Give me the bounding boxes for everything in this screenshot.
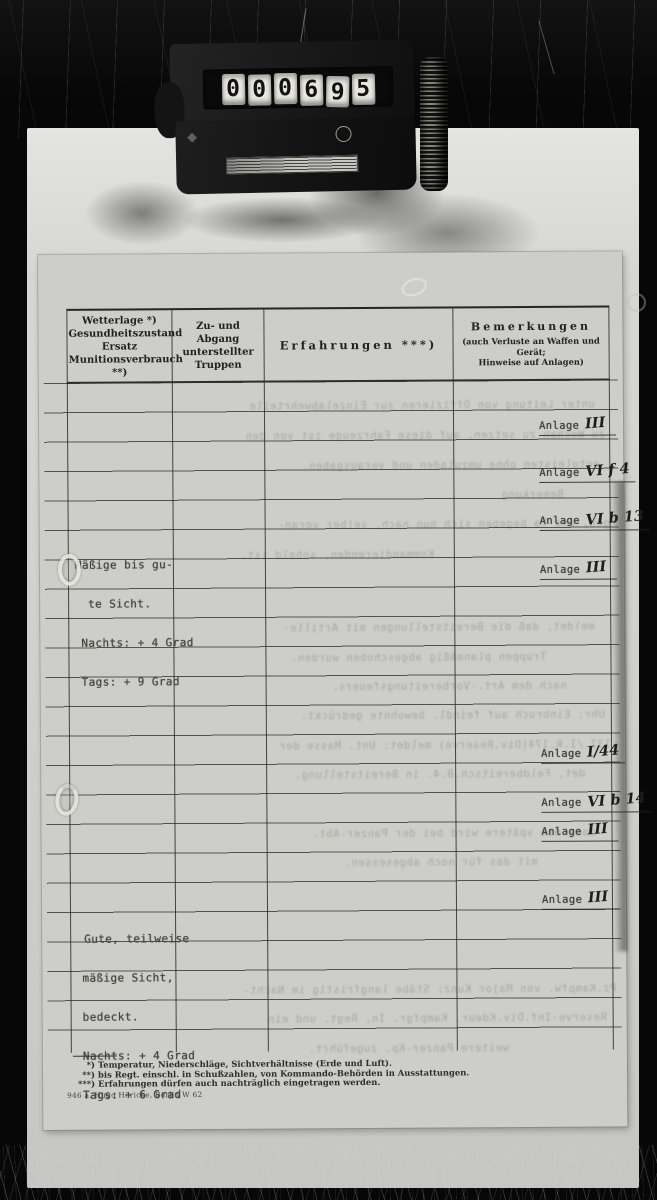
counter-lower-body (175, 116, 416, 194)
document-page: unter Leitung von Offizieren zur Einzela… (38, 251, 627, 1130)
counter-digit: 9 (325, 76, 349, 107)
anlage-reference: III (587, 820, 609, 838)
anlage-label: Anlage (541, 826, 581, 838)
typed-line: Mäßige bis gu- (75, 558, 193, 572)
anlage-entry: Anlage III (541, 821, 618, 841)
anlage-label: Anlage (541, 797, 581, 809)
anlage-entry: Anlage VI b 14 (541, 792, 651, 813)
anlage-label: Anlage (541, 748, 581, 760)
header-line: Bemerkungen (454, 320, 607, 334)
typed-line: Nachts: + 4 Grad (81, 636, 193, 650)
anlage-entry: Anlage III (539, 415, 616, 435)
screw-icon (187, 133, 197, 143)
column-header-truppen: Zu- und Abgang unterstellter Truppen (173, 312, 262, 381)
paper-smudge (399, 275, 429, 299)
counter-digit: 0 (221, 73, 245, 104)
anlage-entry: Anlage III (542, 889, 619, 909)
anlage-label: Anlage (539, 420, 579, 432)
anlage-entry: Anlage III (540, 559, 617, 579)
column-header-erfahrungen: Erfahrungen ***) (265, 310, 451, 379)
typed-line: Tags: + 9 Grad (82, 675, 194, 689)
counter-label-plate (226, 155, 358, 175)
counter-digit: 0 (273, 72, 297, 103)
column-header-wetterlage: Wetterlage *) Gesundheitszustand Ersatz … (68, 312, 170, 381)
microfilm-frame: unter Leitung von Offizieren zur Einzela… (0, 0, 657, 1200)
anlage-reference: III (588, 888, 610, 906)
anlage-label: Anlage (540, 564, 580, 576)
bleedthrough-line: weitere Panzer-Kp. zugeführt. (308, 1042, 509, 1055)
counter-digit: 5 (351, 73, 375, 104)
anlage-label: Anlage (542, 894, 582, 906)
punch-hole-backing (627, 293, 646, 312)
anlage-reference: III (586, 558, 608, 576)
anlage-reference: III (585, 414, 607, 432)
counter-thumbwheel (420, 57, 448, 191)
typed-line: te Sicht. (88, 597, 193, 611)
footnote: ***) Erfahrungen dürfen auch nachträglic… (71, 1077, 380, 1089)
anlage-reference: VI f 4 (585, 460, 631, 480)
header-line: unterstellter Truppen (174, 346, 263, 373)
reset-hole (335, 126, 351, 142)
counter-digit: 0 (247, 74, 271, 105)
counter-digit: 6 (299, 74, 323, 105)
header-line: Ersatz (69, 340, 171, 354)
header-subline: Hinweise auf Anlagen) (455, 357, 608, 368)
footnote-text: Erfahrungen dürfen auch nachträglich ein… (98, 1077, 380, 1089)
typed-line: mäßige Sicht, (82, 971, 194, 985)
hole-punch (58, 554, 81, 586)
counter-body: 0 0 0 6 9 5 (169, 40, 414, 124)
header-line: Gesundheitszustand (68, 327, 170, 341)
header-line: Erfahrungen ***) (266, 337, 452, 352)
typed-line: bedeckt. (83, 1010, 195, 1024)
printer-imprint: 946 a. Hugo Höricke, Berlin W 62 (67, 1090, 202, 1100)
counter-digit-window: 0 0 0 6 9 5 (203, 66, 394, 109)
anlage-label: Anlage (540, 515, 580, 527)
typed-line: Gute, teilweise (84, 932, 194, 946)
column-header-bemerkungen: Bemerkungen (auch Verluste an Waffen und… (454, 310, 607, 379)
anlage-entry: Anlage VI b 13 (540, 510, 650, 531)
header-line: Zu- und Abgang (173, 320, 262, 347)
film-scratches-bottom (0, 1145, 657, 1200)
anlage-entry: Anlage VI f 4 (539, 462, 635, 483)
header-subline: (auch Verluste an Waffen und Gerät; (455, 336, 608, 358)
header-line: Wetterlage *) (68, 314, 170, 328)
header-line: Munitionsverbrauch **) (69, 353, 171, 380)
anlage-label: Anlage (539, 467, 579, 479)
weather-entry-1: Mäßige bis gu- te Sicht. Nachts: + 4 Gra… (75, 532, 194, 715)
footnote-marker: ***) (71, 1079, 98, 1089)
